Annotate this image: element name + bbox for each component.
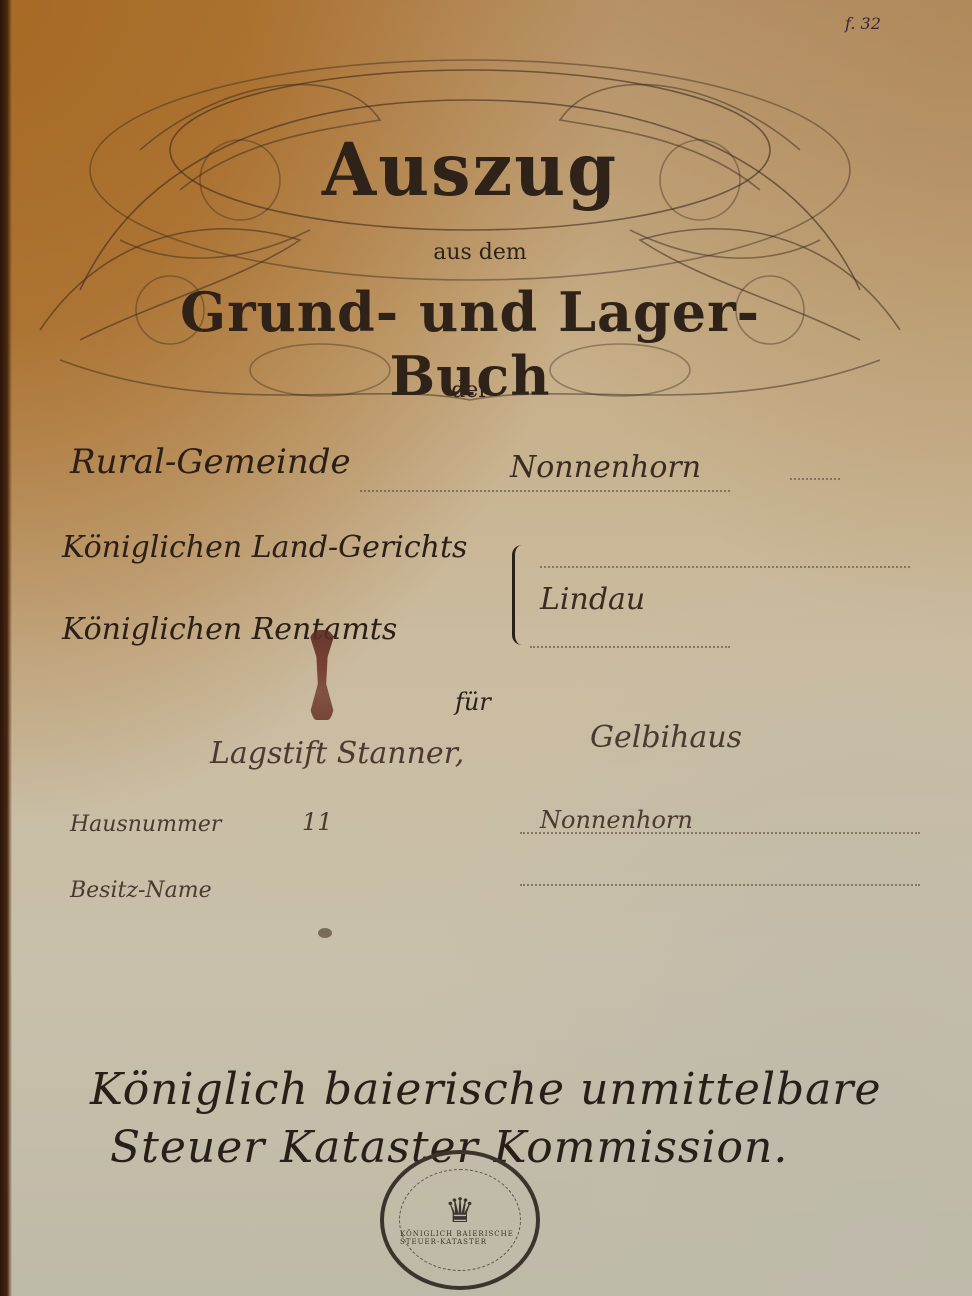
official-seal: ♛ KÖNIGLICH BAIERISCHE STEUER-KATASTER (380, 1150, 540, 1290)
commission-line-1: Königlich baierische unmittelbare (90, 1064, 881, 1115)
title-connector: der (420, 378, 520, 403)
besitzer-value: Gelbihaus (590, 720, 742, 755)
fuer-label: für (455, 688, 491, 716)
document-page: f. 32 Auszug aus dem Grund- und Lager-Bu… (0, 0, 972, 1296)
folio-number: f. 32 (845, 14, 881, 33)
bracket-value: Lindau (540, 582, 645, 617)
hausnummer-dotted-line (520, 832, 920, 834)
coat-of-arms-icon: ♛ (445, 1194, 475, 1228)
document-title: Auszug (290, 126, 650, 213)
ink-spot (318, 928, 332, 938)
document-subtitle: aus dem (400, 240, 560, 265)
seal-text: KÖNIGLICH BAIERISCHE STEUER-KATASTER (400, 1230, 520, 1246)
landgericht-label: Königlichen Land-Gerichts (62, 530, 467, 565)
hausnummer-value: 11 (302, 808, 333, 836)
rentamt-label: Königlichen Rentamts (62, 612, 397, 647)
gemeinde-dotted-line-end (790, 478, 840, 480)
besitzer-label: Lagstift Stanner, (210, 736, 464, 771)
gemeinde-label: Rural-Gemeinde (70, 442, 351, 482)
gemeinde-dotted-line (360, 490, 730, 492)
besitz-name-dotted-line (520, 884, 920, 886)
hausnummer-label: Hausnummer (70, 812, 221, 837)
besitz-name-label: Besitz-Name (70, 878, 212, 903)
landgericht-dotted-line (540, 566, 910, 568)
ink-stain (308, 630, 336, 720)
gemeinde-value: Nonnenhorn (510, 450, 701, 485)
book-binding-edge (0, 0, 12, 1296)
hausnummer-place: Nonnenhorn (540, 806, 693, 834)
rentamt-dotted-line (530, 646, 730, 648)
bracket-brace (512, 545, 529, 645)
